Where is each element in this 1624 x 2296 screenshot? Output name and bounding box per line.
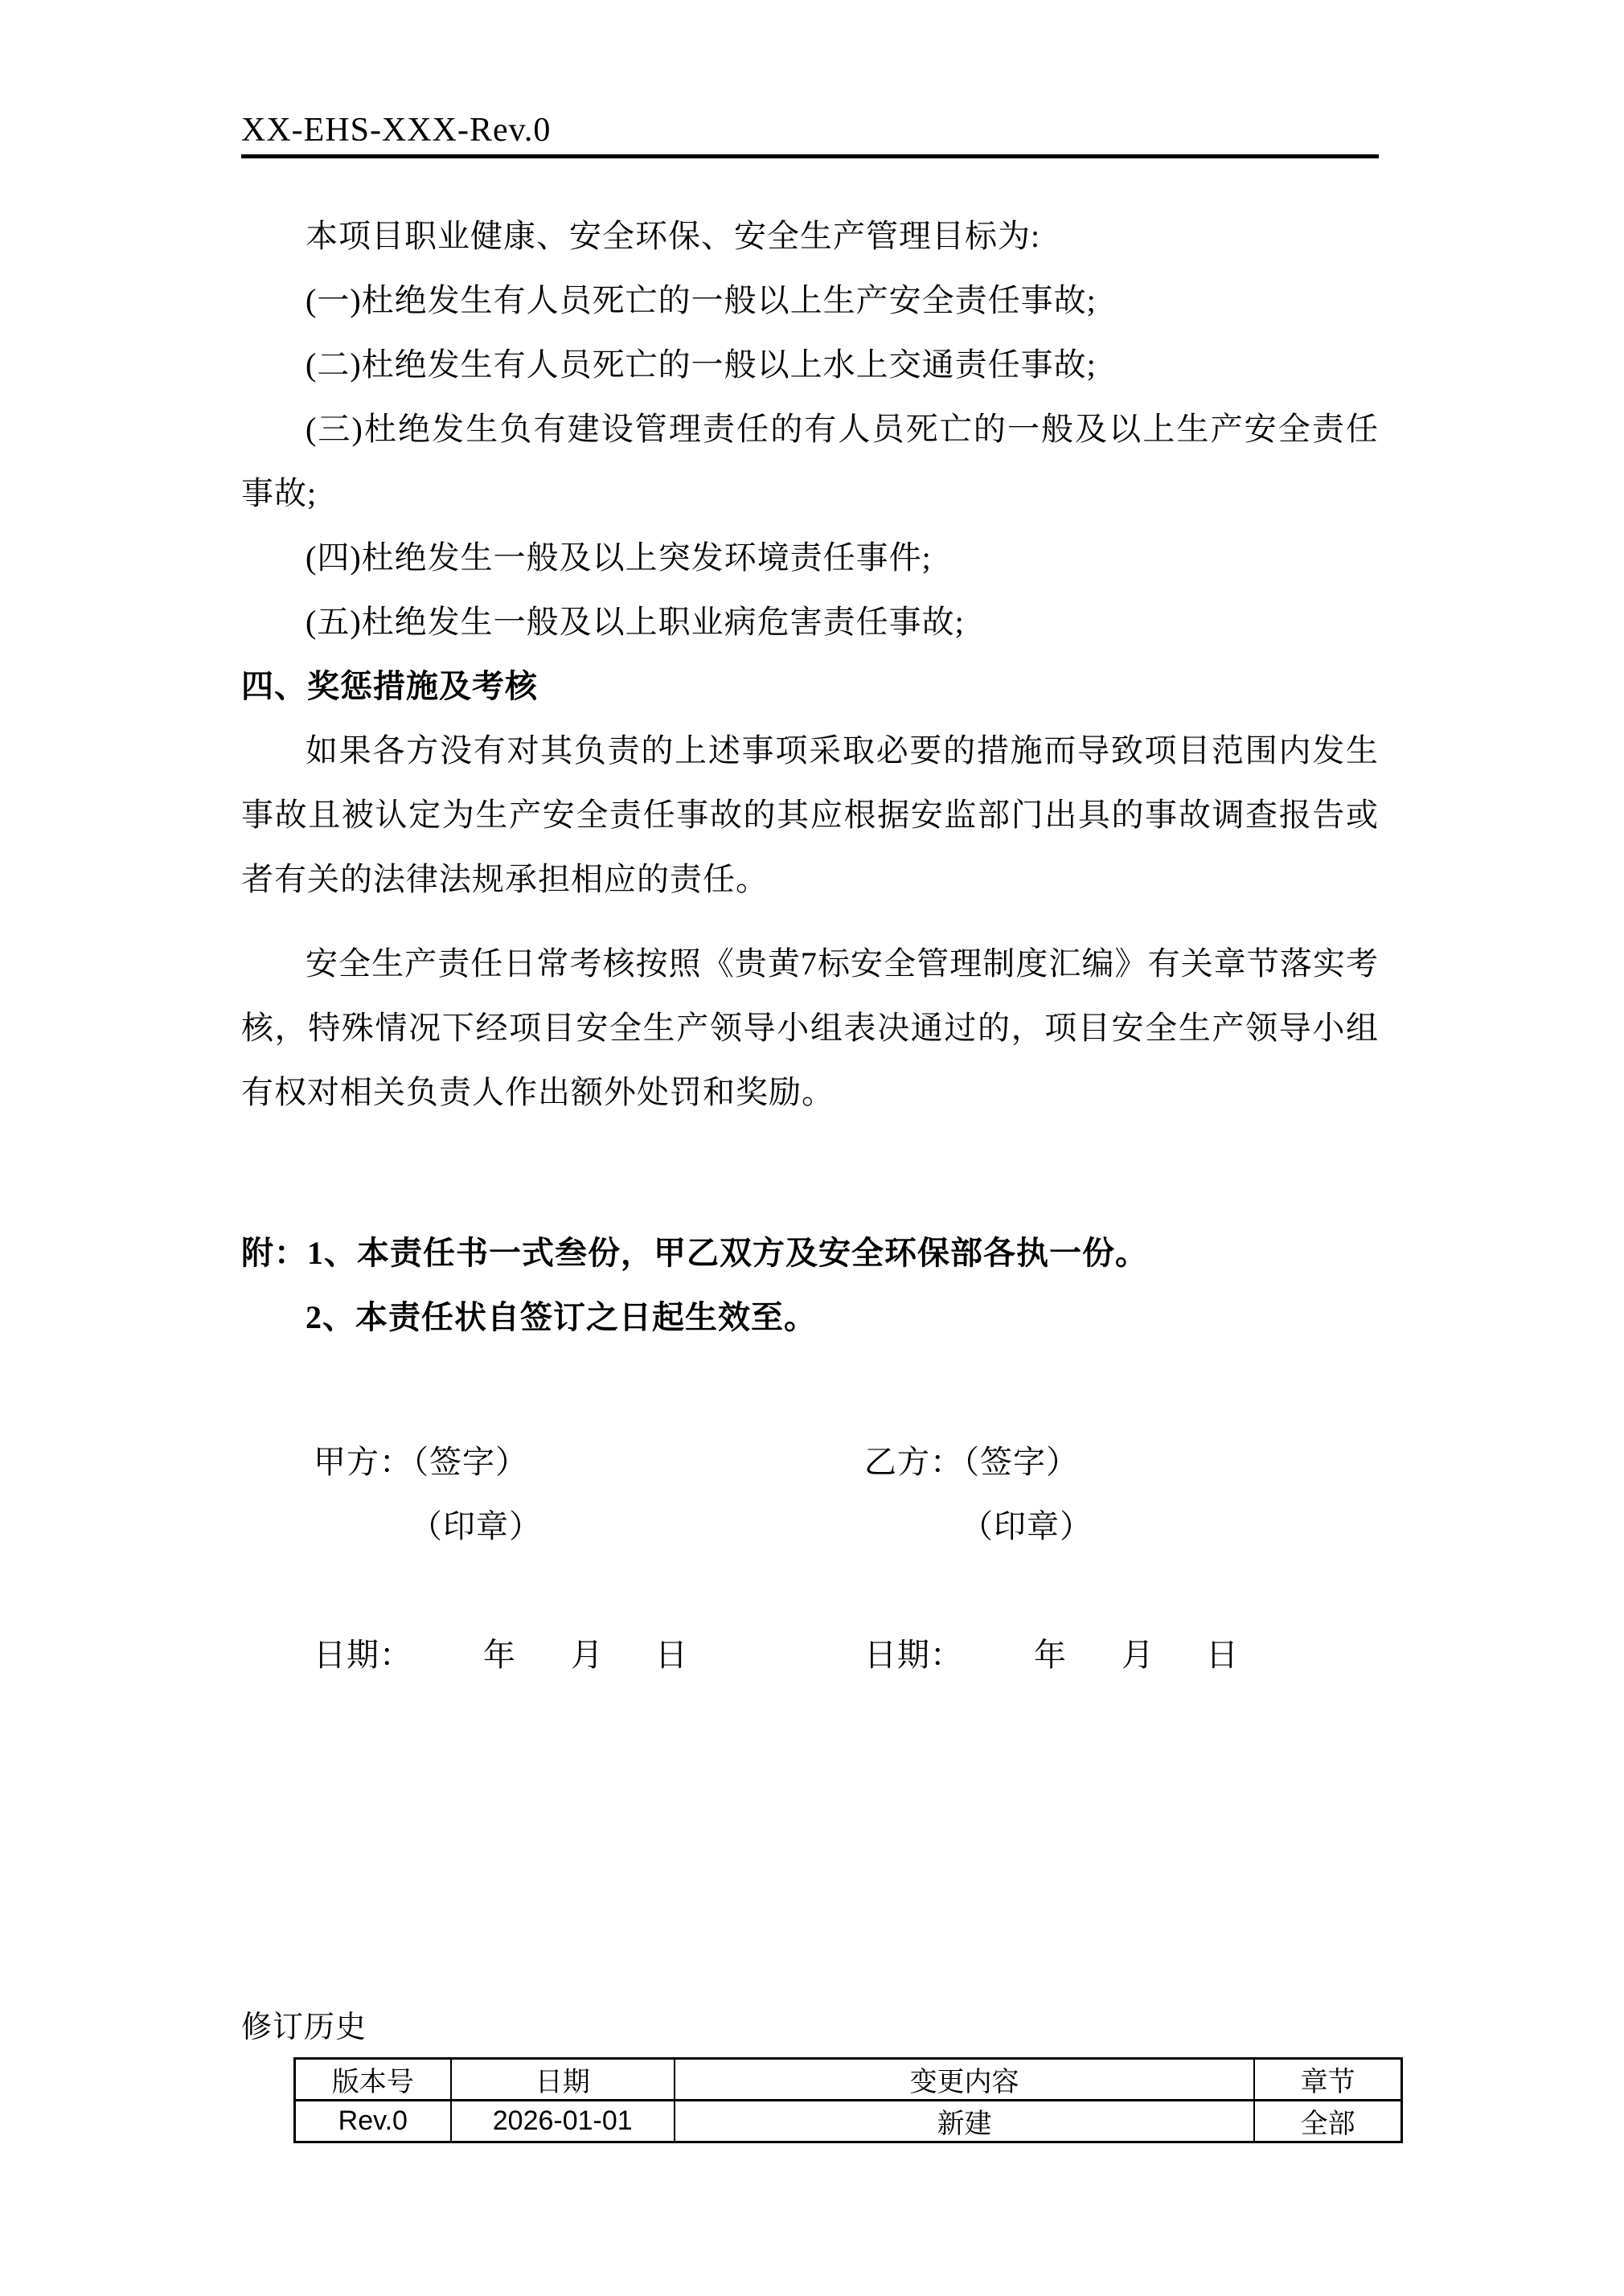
paragraph-penalty: 如果各方没有对其负责的上述事项采取必要的措施而导致项目范围内发生事故且被认定为生…	[241, 719, 1379, 912]
revision-table-header-row: 版本号 日期 变更内容 章节	[295, 2059, 1402, 2101]
revision-header-date: 日期	[451, 2059, 675, 2101]
party-a-date-row: 日期：年月日	[314, 1623, 864, 1687]
party-b-label: 乙方：	[864, 1444, 963, 1480]
party-b-sign-placeholder: （签字）	[963, 1444, 1079, 1480]
party-a-label: 甲方：	[314, 1444, 412, 1480]
party-a-seal-row: （印章）	[314, 1494, 864, 1559]
party-b-date-label: 日期：	[864, 1637, 963, 1673]
party-b-seal-placeholder: （印章）	[961, 1508, 1093, 1544]
party-b-date-row: 日期：年月日	[864, 1623, 1239, 1687]
intro-paragraph: 本项目职业健康、安全环保、安全生产管理目标为:	[241, 204, 1379, 269]
header-rule	[241, 154, 1379, 158]
party-b-year-label: 年	[1034, 1637, 1067, 1673]
party-a-day-label: 日	[655, 1637, 688, 1673]
goal-item-1: (一)杜绝发生有人员死亡的一般以上生产安全责任事故;	[241, 269, 1379, 333]
document-page: XX-EHS-XXX-Rev.0 本项目职业健康、安全环保、安全生产管理目标为:…	[0, 0, 1624, 2296]
paragraph-assessment: 安全生产责任日常考核按照《贵黄7标安全管理制度汇编》有关章节落实考核，特殊情况下…	[241, 932, 1379, 1125]
revision-cell-change: 新建	[675, 2101, 1255, 2142]
revision-cell-chapter: 全部	[1254, 2101, 1401, 2142]
party-b-sign-row: 乙方：（签字）	[864, 1430, 1093, 1494]
party-a-sign-placeholder: （签字）	[412, 1444, 528, 1480]
revision-history-table: 版本号 日期 变更内容 章节 Rev.0 2026-01-01 新建 全部	[293, 2057, 1403, 2143]
party-a-year-label: 年	[483, 1637, 516, 1673]
party-a-seal-placeholder: （印章）	[410, 1508, 542, 1544]
goal-item-2: (二)杜绝发生有人员死亡的一般以上水上交通责任事故;	[241, 333, 1379, 397]
revision-cell-date: 2026-01-01	[451, 2101, 675, 2142]
signature-columns: 甲方：（签字） （印章） 乙方：（签字） （印章）	[241, 1430, 1379, 1559]
party-a-month-label: 月	[571, 1637, 604, 1673]
goal-item-5: (五)杜绝发生一般及以上职业病危害责任事故;	[241, 590, 1379, 654]
document-body: 本项目职业健康、安全环保、安全生产管理目标为: (一)杜绝发生有人员死亡的一般以…	[241, 204, 1379, 2143]
revision-header-chapter: 章节	[1254, 2059, 1401, 2101]
party-a-sign-row: 甲方：（签字）	[314, 1430, 864, 1494]
section-heading: 四、奖惩措施及考核	[241, 654, 1379, 719]
attachment-line-1: 附：1、本责任书一式叁份，甲乙双方及安全环保部各执一份。	[241, 1221, 1379, 1285]
party-b-day-label: 日	[1206, 1637, 1239, 1673]
signature-block: 甲方：（签字） （印章） 乙方：（签字） （印章）	[241, 1430, 1379, 1687]
party-b-signature-column: 乙方：（签字） （印章）	[864, 1430, 1093, 1559]
party-b-seal-row: （印章）	[864, 1494, 1093, 1559]
goal-item-3: (三)杜绝发生负有建设管理责任的有人员死亡的一般及以上生产安全责任事故;	[241, 397, 1379, 526]
party-a-signature-column: 甲方：（签字） （印章）	[314, 1430, 864, 1559]
revision-header-change: 变更内容	[675, 2059, 1255, 2101]
revision-header-version: 版本号	[295, 2059, 451, 2101]
revision-cell-version: Rev.0	[295, 2101, 451, 2142]
party-a-date-label: 日期：	[314, 1637, 412, 1673]
revision-table-data-row: Rev.0 2026-01-01 新建 全部	[295, 2101, 1402, 2142]
document-code: XX-EHS-XXX-Rev.0	[241, 111, 1379, 150]
date-columns: 日期：年月日 日期：年月日	[241, 1623, 1379, 1687]
party-b-month-label: 月	[1122, 1637, 1154, 1673]
revision-history-title: 修订历史	[241, 2009, 1379, 2046]
attachment-line-2: 2、本责任状自签订之日起生效至。	[241, 1285, 1379, 1350]
party-b-date-column: 日期：年月日	[864, 1623, 1239, 1687]
goal-item-4: (四)杜绝发生一般及以上突发环境责任事件;	[241, 526, 1379, 590]
party-a-date-column: 日期：年月日	[314, 1623, 864, 1687]
